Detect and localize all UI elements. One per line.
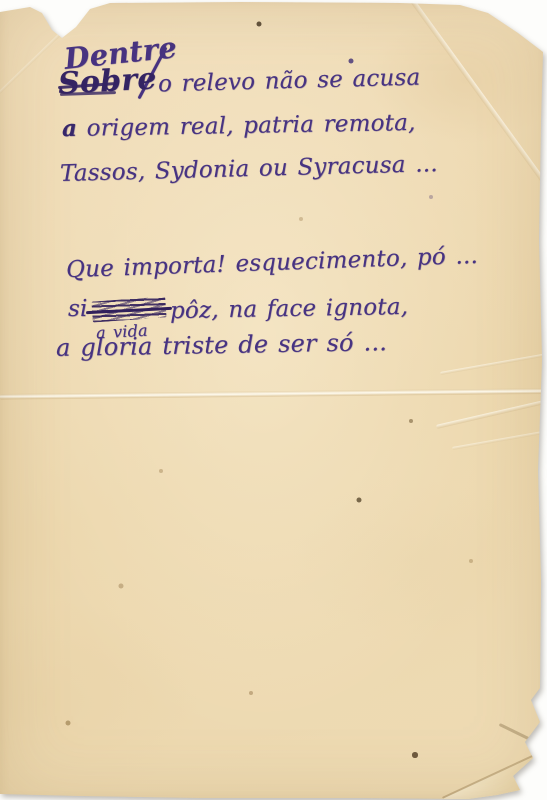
poem-line-5-first-word: si (68, 296, 88, 322)
poem-line-1: o relevo não se acusa (158, 65, 421, 98)
foxing-specks (0, 0, 2, 2)
right-edge-crease-2 (436, 399, 547, 429)
aged-paper-sheet: Dentre Sobre o relevo não se acusa a ori… (0, 0, 547, 800)
poem-line-2: a origem real, patria remota, (62, 109, 416, 142)
poem-line-4: Que importa! esquecimento, pó ... (66, 243, 479, 283)
poem-line-3: Tassos, Sydonia ou Syracusa ... (60, 151, 438, 187)
poem-line-5-rest: pôz, na face ignota, (170, 294, 409, 324)
right-edge-crease-3 (452, 430, 547, 450)
poem-line-6: a gloria triste de ser só ... (56, 328, 387, 362)
horizontal-fold-crease (0, 388, 547, 400)
manuscript-scan: Dentre Sobre o relevo não se acusa a ori… (0, 0, 547, 800)
right-edge-crease-1 (440, 353, 547, 375)
bottom-right-tear-shadow (499, 723, 542, 746)
top-left-crease (0, 34, 61, 95)
